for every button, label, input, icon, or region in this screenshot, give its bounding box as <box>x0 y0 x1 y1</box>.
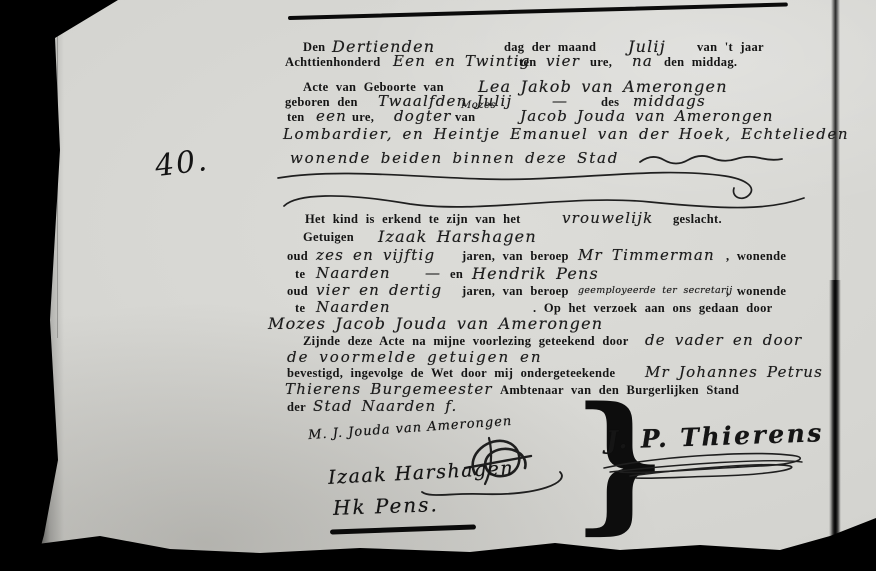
printed-segment: jaren, van beroep <box>462 284 569 299</box>
printed-segment: van 't jaar <box>697 40 764 55</box>
handwritten-segment: vrouwelijk <box>562 209 653 227</box>
signature-witness-pens: Hk Pens. <box>333 492 440 520</box>
printed-segment: oud <box>287 249 308 264</box>
handwritten-dash: — <box>425 264 441 282</box>
printed-segment: te <box>295 267 305 282</box>
handwritten-segment: geemployeerde ter secretarij <box>578 285 732 296</box>
handwritten-segment: Een en Twintig <box>393 52 531 70</box>
act-margin-number: 40. <box>153 143 211 184</box>
filler-flourish <box>600 317 800 331</box>
filler-flourish <box>690 80 800 94</box>
handwritten-segment: Jacob Jouda van Amerongen <box>520 107 774 125</box>
handwritten-segment: Mr Timmerman <box>578 246 715 264</box>
filler-flourish <box>425 301 465 315</box>
printed-segment: ten <box>519 55 537 70</box>
act-line-19: der Stad Naarden f. <box>285 400 825 418</box>
handwritten-segment: zes en vijftig <box>316 246 435 264</box>
act-line-6: Lombardier, en Heintje Emanuel van der H… <box>285 128 825 146</box>
filler-flourish <box>625 230 803 244</box>
handwritten-segment: Mozes Jacob Jouda van Amerongen <box>268 314 603 333</box>
printed-segment: den middag. <box>664 55 737 70</box>
handwritten-segment: de voormelde getuigen en <box>287 348 543 366</box>
scanned-document-photo: 40. Den Dertienden dag der maand Julij v… <box>0 0 876 571</box>
handwritten-segment: Naarden <box>316 264 391 282</box>
printed-segment: Het kind is erkend te zijn van het <box>305 212 521 227</box>
printed-segment: ure, <box>352 110 374 125</box>
printed-segment: ten <box>287 110 305 125</box>
handwritten-segment: na <box>632 52 653 70</box>
handwritten-segment: Izaak Harshagen <box>378 227 537 246</box>
printed-segment: Den <box>303 40 325 55</box>
printed-segment: van <box>455 110 475 125</box>
printed-segment: Achttienhonderd <box>285 55 380 70</box>
filler-flourish <box>747 212 805 226</box>
printed-segment: ure, <box>590 55 612 70</box>
handwritten-segment: Thierens Burgemeester <box>285 380 493 398</box>
handwritten-segment: dogter <box>394 107 452 125</box>
handwritten-segment: Mr Johannes Petrus <box>645 363 823 381</box>
printed-segment: jaren, van beroep <box>462 249 569 264</box>
handwritten-segment: vier en dertig <box>316 281 442 299</box>
act-line-8: Het kind is erkend te zijn van het vrouw… <box>285 212 825 230</box>
handwritten-segment: een <box>316 107 347 125</box>
signature-flourish <box>600 446 810 482</box>
filler-flourish <box>647 267 802 281</box>
handwritten-segment: vier <box>546 52 580 70</box>
page-fold-line-lower <box>829 280 841 548</box>
printed-segment: en <box>450 267 463 282</box>
printed-segment: Getuigen <box>303 230 354 245</box>
printed-segment: oud <box>287 284 308 299</box>
handwritten-segment: Stad Naarden f. <box>313 397 458 415</box>
closing-flourish-curves <box>270 150 815 220</box>
handwritten-segment: de vader en door <box>645 331 802 349</box>
printed-segment: , wonende <box>726 249 786 264</box>
handwritten-segment: Hendrik Pens <box>472 264 599 283</box>
printed-segment: der <box>287 400 306 415</box>
act-line-2: Achttienhonderd Een en Twintig ten vier … <box>285 55 825 73</box>
printed-segment: bevestigd, ingevolge de Wet door mij ond… <box>287 366 615 381</box>
signature-flourish <box>420 468 570 504</box>
printed-segment: , wonende <box>726 284 786 299</box>
printed-segment: Zijnde deze Acte na mijne voorlezing get… <box>303 334 629 349</box>
handwritten-segment: Lombardier, en Heintje Emanuel van der H… <box>283 125 849 143</box>
printed-segment: geslacht. <box>673 212 722 227</box>
